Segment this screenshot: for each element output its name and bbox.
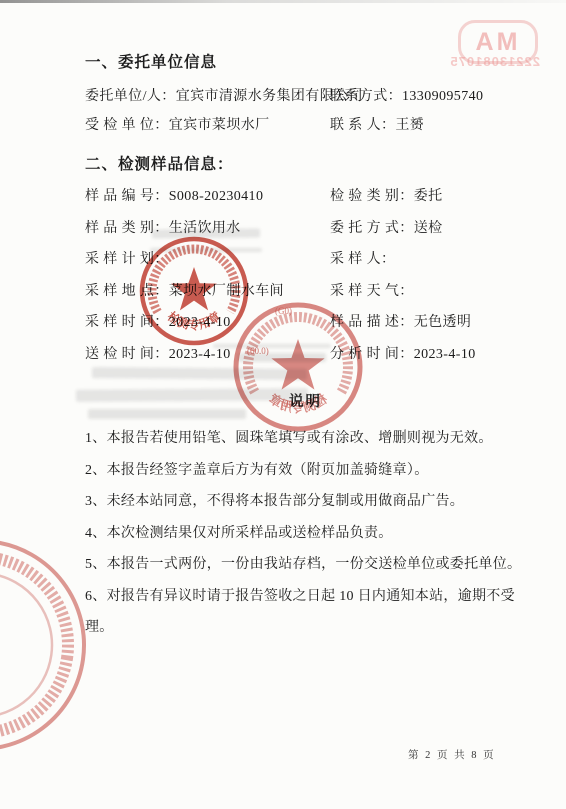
scanned-report-page: 一、委托单位信息 委托单位/人：宜宾市清源水务集团有限公司 联系方式：13309… (0, 0, 566, 809)
notes-heading: 说明 (85, 390, 526, 411)
sample-info-rows: 样 品 编 号：S008-20230410 检 验 类 别：委托 样 品 类 别… (85, 187, 526, 376)
info-row: 送 检 时 间：2023-4-10 分 析 时 间：2023-4-10 (85, 345, 526, 377)
field-label: 采 样 时 间： (85, 315, 169, 330)
info-row: 受 检 单 位：宜宾市菜坝水厂 联 系 人：王赟 (85, 116, 526, 145)
field-value: 送检 (414, 221, 443, 236)
field-value: 宜宾市菜坝水厂 (169, 118, 270, 133)
field-value: 13309095740 (402, 89, 483, 104)
info-row: 委托单位/人：宜宾市清源水务集团有限公司 联系方式：13309095740 (85, 87, 526, 116)
note-item: 4、本次检测结果仅对所采样品或送检样品负责。 (85, 518, 527, 550)
field-label: 检 验 类 别： (330, 189, 414, 204)
field-label: 分 析 时 间： (330, 347, 414, 362)
notes-list: 1、本报告若使用铅笔、圆珠笔填写或有涂改、增删则视为无效。 2、本报告经签字盖章… (85, 423, 527, 644)
info-row: 采 样 计 划： 采 样 人： (85, 250, 526, 282)
note-item: 3、未经本站同意，不得将本报告部分复制或用做商品广告。 (85, 486, 527, 518)
field-value: 王赟 (395, 118, 424, 133)
info-row: 采 样 地 点：菜坝水厂制水车间 采 样 天 气： (85, 282, 526, 314)
field-value: 菜坝水厂制水车间 (169, 284, 284, 299)
note-item: 1、本报告若使用铅笔、圆珠笔填写或有涂改、增删则视为无效。 (85, 423, 527, 455)
seal-ring-characters (0, 546, 79, 745)
field-label: 送 检 时 间： (85, 347, 169, 362)
field-label: 受 检 单 位： (85, 118, 169, 133)
info-row: 采 样 时 间：2023-4-10 样 品 描 述：无色透明 (85, 313, 526, 345)
field-label: 采 样 计 划： (85, 252, 169, 267)
field-value: 委托 (414, 189, 443, 204)
field-value: 2023-4-10 (414, 347, 476, 362)
field-label: 采 样 地 点： (85, 284, 169, 299)
info-row: 样 品 编 号：S008-20230410 检 验 类 别：委托 (85, 187, 526, 219)
field-value: 生活饮用水 (169, 221, 241, 236)
client-section-heading: 一、委托单位信息 (85, 50, 526, 72)
field-label: 联系方式： (330, 89, 402, 104)
note-item: 2、本报告经签字盖章后方为有效（附页加盖骑缝章）。 (85, 455, 527, 487)
page-number-label: 第 2 页 共 8 页 (408, 747, 496, 762)
scan-edge-shadow (0, 0, 566, 3)
field-label: 联 系 人： (330, 118, 395, 133)
field-label: 委托单位/人： (85, 89, 176, 104)
client-info-rows: 委托单位/人：宜宾市清源水务集团有限公司 联系方式：13309095740 受 … (85, 87, 526, 145)
field-label: 样 品 描 述： (330, 315, 414, 330)
field-label: 样 品 类 别： (85, 221, 169, 236)
field-label: 样 品 编 号： (85, 189, 169, 204)
info-row: 样 品 类 别：生活饮用水 委 托 方 式：送检 (85, 219, 526, 251)
field-value: 无色透明 (414, 315, 472, 330)
field-value: S008-20230410 (169, 189, 264, 204)
field-label: 采 样 天 气： (330, 284, 414, 299)
field-label: 采 样 人： (330, 252, 395, 267)
field-label: 委 托 方 式： (330, 221, 414, 236)
field-value: 2023-4-10 (169, 347, 231, 362)
note-item: 5、本报告一式两份，一份由我站存档，一份交送检单位或委托单位。 (85, 549, 527, 581)
field-value: 2023-4-10 (169, 315, 231, 330)
sample-section-heading: 二、检测样品信息： (85, 152, 526, 174)
note-item: 6、对报告有异议时请于报告签收之日起 10 日内通知本站，逾期不受理。 (85, 581, 527, 644)
report-content: 一、委托单位信息 委托单位/人：宜宾市清源水务集团有限公司 联系方式：13309… (85, 50, 526, 644)
